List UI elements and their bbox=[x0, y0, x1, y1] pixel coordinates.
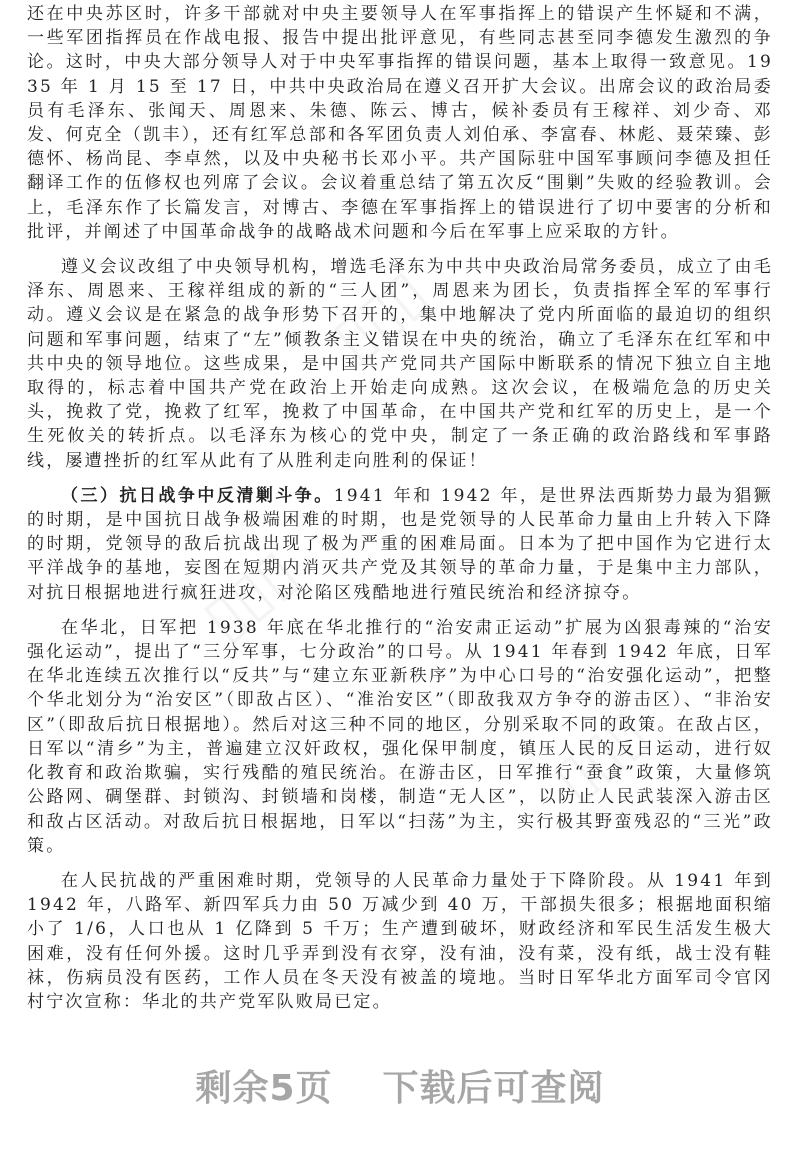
paragraph-3: （三）抗日战争中反清剿斗争。1941 年和 1942 年，是世界法西斯势力最为猖… bbox=[27, 484, 773, 605]
section-heading: （三）抗日战争中反清剿斗争。 bbox=[61, 486, 334, 506]
paragraph-text: 还在中央苏区时，许多干部就对中央主要领导人在军事指挥上的错误产生怀疑和不满，一些… bbox=[27, 4, 773, 242]
paragraph-gap bbox=[27, 473, 773, 484]
download-to-view-label: 下载后可查阅 bbox=[383, 1068, 605, 1109]
remaining-pages-label: 剩余5页 bbox=[195, 1068, 332, 1109]
paragraph-text: 在人民抗战的严重困难时期，党领导的人民革命力量处于下降阶段。从 1941 年到 … bbox=[27, 871, 773, 1012]
paragraph-gap bbox=[27, 244, 773, 255]
download-prompt-banner[interactable]: 剩余5页下载后可查阅 bbox=[0, 1060, 800, 1111]
paragraph-text: 在华北，日军把 1938 年底在华北推行的“治安肃正运动”扩展为凶狠毒辣的“治安… bbox=[27, 618, 773, 856]
paragraph-2: 遵义会议改组了中央领导机构，增选毛泽东为中共中央政治局常务委员，成立了由毛泽东、… bbox=[27, 255, 773, 473]
paragraph-text: 遵义会议改组了中央领导机构，增选毛泽东为中共中央政治局常务委员，成立了由毛泽东、… bbox=[27, 257, 773, 471]
paragraph-1: 还在中央苏区时，许多干部就对中央主要领导人在军事指挥上的错误产生怀疑和不满，一些… bbox=[27, 2, 773, 244]
paragraph-gap bbox=[27, 605, 773, 616]
paragraph-4: 在华北，日军把 1938 年底在华北推行的“治安肃正运动”扩展为凶狠毒辣的“治安… bbox=[27, 616, 773, 858]
paragraph-5: 在人民抗战的严重困难时期，党领导的人民革命力量处于下降阶段。从 1941 年到 … bbox=[27, 869, 773, 1014]
document-body: 还在中央苏区时，许多干部就对中央主要领导人在军事指挥上的错误产生怀疑和不满，一些… bbox=[27, 2, 773, 1014]
paragraph-gap bbox=[27, 858, 773, 869]
